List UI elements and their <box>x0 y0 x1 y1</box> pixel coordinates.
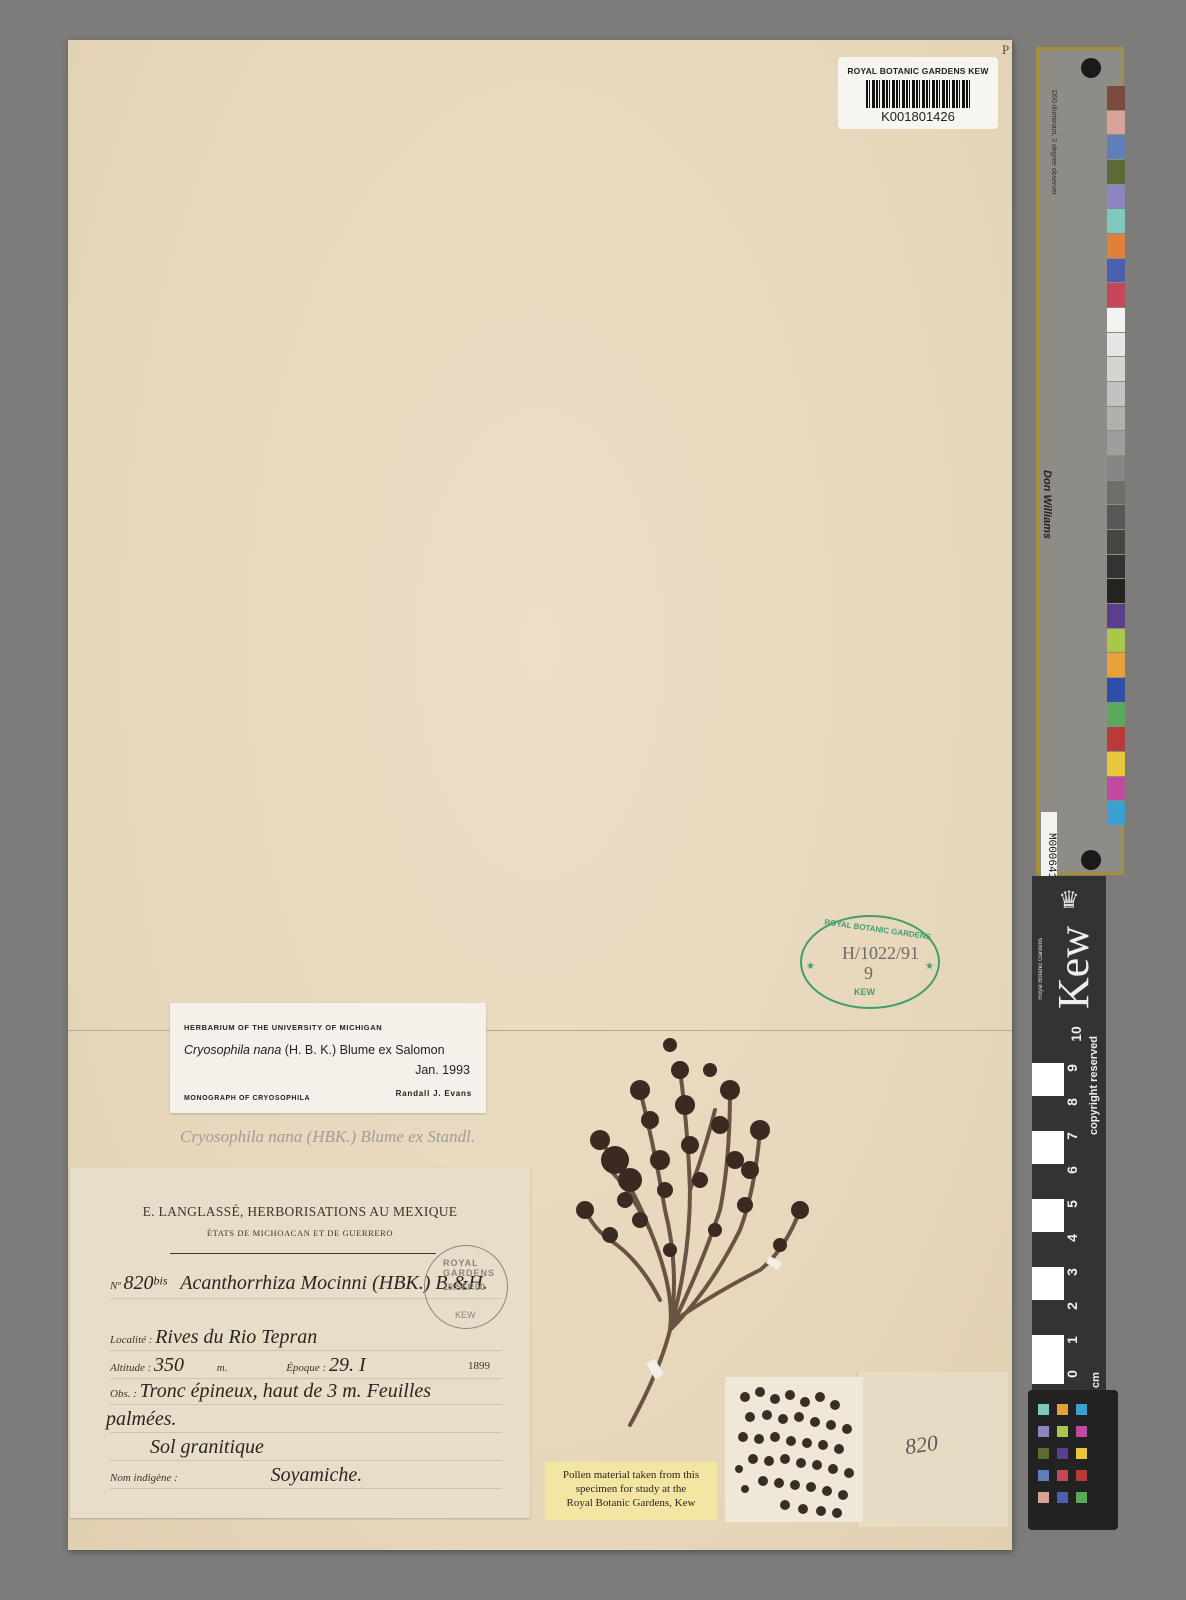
registration-dot-icon <box>1081 850 1101 870</box>
color-swatch <box>1107 481 1125 505</box>
herbarium-name: Herbarium of The University of Michigan <box>184 1023 382 1032</box>
color-swatch <box>1107 86 1125 110</box>
number-prefix: Nº <box>110 1280 121 1292</box>
tick-8: 8 <box>1064 1098 1080 1106</box>
localite-label: Localité : <box>110 1334 152 1346</box>
obs-line-2: palmées. <box>106 1408 177 1431</box>
color-checker-swatch <box>1076 1448 1087 1459</box>
altitude-row: Altitude : 350 m. Époque : 29. I 1899 <box>110 1354 490 1377</box>
color-checker-swatch <box>1057 1470 1068 1481</box>
color-swatch <box>1107 801 1125 825</box>
nom-value: Soyamiche. <box>271 1464 363 1486</box>
corner-mark: P <box>1002 42 1009 58</box>
epoque-value: 29. I <box>329 1354 366 1376</box>
altitude-label: Altitude : <box>110 1362 151 1374</box>
altitude-unit: m. <box>217 1362 228 1374</box>
localite-value: Rives du Rio Tepran <box>155 1326 317 1348</box>
color-swatch <box>1107 111 1125 135</box>
received-stamp-text: ROYAL GARDENS <box>443 1258 507 1278</box>
determination-date: Jan. 1993 <box>415 1063 470 1077</box>
tick-10: 10 <box>1068 1026 1084 1042</box>
pencil-annotation: Cryosophila nana (HBK.) Blume ex Standl. <box>180 1127 475 1147</box>
color-checker-swatch <box>1076 1426 1087 1437</box>
color-checker-swatch <box>1038 1448 1049 1459</box>
tick-6: 6 <box>1064 1166 1080 1174</box>
stamp-accession: H/1022/91 <box>842 943 919 964</box>
color-swatch <box>1107 604 1125 628</box>
tick-4: 4 <box>1064 1234 1080 1242</box>
color-checker-swatch <box>1038 1492 1049 1503</box>
color-checker-swatch <box>1076 1404 1087 1415</box>
plant-specimen <box>570 1030 850 1430</box>
scale-brand: Don Williams <box>1041 470 1053 539</box>
unit-label: cm <box>1090 1372 1102 1388</box>
color-calibration-scale: D50 illuminant, 2 degree observer Don Wi… <box>1036 47 1124 875</box>
registration-dot-icon <box>1081 58 1101 78</box>
color-swatch <box>1107 135 1125 159</box>
barcode-label: ROYAL BOTANIC GARDENS KEW K001801426 <box>838 57 998 129</box>
tick-2: 2 <box>1064 1302 1080 1310</box>
color-swatch <box>1107 678 1125 702</box>
obs-label: Obs. : <box>110 1388 137 1400</box>
number-suffix: bis <box>154 1273 168 1287</box>
species-authority: (H. B. K.) Blume ex Salomon <box>285 1043 445 1057</box>
barcode-institution: ROYAL BOTANIC GARDENS KEW <box>838 66 998 76</box>
pollen-line-1: Pollen material taken from this <box>545 1468 717 1482</box>
rule-line <box>110 1488 502 1489</box>
monograph-title: Monograph of Cryosophila <box>184 1095 310 1102</box>
color-swatch <box>1107 283 1125 307</box>
color-checker-swatch <box>1076 1492 1087 1503</box>
tick-7: 7 <box>1064 1132 1080 1140</box>
epoque-label: Époque : <box>286 1362 326 1374</box>
color-swatch <box>1107 530 1125 554</box>
kew-accession-stamp: ROYAL BOTANIC GARDENS ★ H/1022/91 9 ★ KE… <box>800 915 940 1009</box>
species-name: Cryosophila nana (H. B. K.) Blume ex Sal… <box>184 1043 445 1057</box>
illuminant-note: D50 illuminant, 2 degree observer <box>1045 90 1057 195</box>
royal-crest-icon: ♛ <box>1054 886 1084 916</box>
pollen-line-3: Royal Botanic Gardens, Kew <box>545 1496 717 1510</box>
cm-ruler <box>1032 1028 1064 1384</box>
color-swatch <box>1107 259 1125 283</box>
kew-subbrand: Royal Botanic Gardens <box>1038 938 1044 1000</box>
color-checker-swatch <box>1038 1470 1049 1481</box>
color-checker-swatch <box>1038 1404 1049 1415</box>
color-checker-card <box>1028 1390 1118 1530</box>
obs-line-3: Sol granitique <box>150 1436 264 1459</box>
color-swatch <box>1107 308 1125 332</box>
year-value: 1899 <box>468 1360 490 1372</box>
color-swatch <box>1107 209 1125 233</box>
color-swatch <box>1107 555 1125 579</box>
color-checker-swatch <box>1057 1448 1068 1459</box>
tick-5: 5 <box>1064 1200 1080 1208</box>
tick-3: 3 <box>1064 1268 1080 1276</box>
color-swatch <box>1107 456 1125 480</box>
packet-number: 820 <box>903 1430 939 1460</box>
color-swatch <box>1107 653 1125 677</box>
color-swatch <box>1107 629 1125 653</box>
stamp-number: 9 <box>864 963 873 984</box>
barcode-number: K001801426 <box>838 109 998 124</box>
color-swatch <box>1107 505 1125 529</box>
color-swatch <box>1107 234 1125 258</box>
determiner-name: Randall J. Evans <box>396 1089 472 1098</box>
species-italic: Cryosophila nana <box>184 1043 281 1057</box>
color-checker-swatch <box>1057 1404 1068 1415</box>
kew-logo: Kew <box>1048 926 1099 1009</box>
copyright-text: copyright reserved <box>1088 1036 1100 1135</box>
altitude-value: 350 <box>154 1354 184 1376</box>
stamp-bottom-text: KEW <box>854 987 875 997</box>
pollen-label: Pollen material taken from this specimen… <box>545 1462 717 1520</box>
color-checker-swatch <box>1038 1426 1049 1437</box>
obs-line-1: Tronc épineux, haut de 3 m. Feuilles <box>140 1380 431 1402</box>
localite-row: Localité : Rives du Rio Tepran <box>110 1326 317 1349</box>
color-swatch <box>1107 382 1125 406</box>
rule-line <box>110 1460 502 1461</box>
kew-scale-bar: ♛ Royal Botanic Gardens Kew 10 9 8 7 6 5… <box>1032 876 1106 1391</box>
seed-packet <box>725 1377 863 1522</box>
label-title: E. LANGLASSÉ, HERBORISATIONS AU MEXIQUE <box>70 1204 530 1220</box>
divider <box>170 1253 436 1254</box>
langlasse-collection-label: E. LANGLASSÉ, HERBORISATIONS AU MEXIQUE … <box>70 1168 530 1518</box>
rule-line <box>110 1404 502 1405</box>
tick-0: 0 <box>1064 1370 1080 1378</box>
nom-row: Nom indigène : Soyamiche. <box>110 1464 362 1487</box>
star-icon: ★ <box>806 961 815 972</box>
color-swatch <box>1107 431 1125 455</box>
obs-row: Obs. : Tronc épineux, haut de 3 m. Feuil… <box>110 1380 431 1403</box>
tick-1: 1 <box>1064 1336 1080 1344</box>
pollen-line-2: specimen for study at the <box>545 1482 717 1496</box>
color-swatch <box>1107 333 1125 357</box>
color-swatch <box>1107 357 1125 381</box>
tick-9: 9 <box>1064 1064 1080 1072</box>
collection-number: 820 <box>124 1272 154 1294</box>
color-swatch <box>1107 185 1125 209</box>
color-swatch <box>1107 727 1125 751</box>
barcode-icon <box>866 80 970 108</box>
color-swatch <box>1107 579 1125 603</box>
label-subtitle: ÉTATS DE MICHOACAN ET DE GUERRERO <box>70 1228 530 1238</box>
received-stamp-bottom: KEW <box>455 1310 476 1320</box>
color-checker-swatch <box>1076 1470 1087 1481</box>
received-stamp-date: 15.SEP.00 <box>443 1282 485 1292</box>
color-swatch <box>1107 703 1125 727</box>
color-swatch <box>1107 407 1125 431</box>
received-stamp: ROYAL GARDENS 15.SEP.00 KEW <box>424 1245 508 1329</box>
color-checker-swatch <box>1057 1426 1068 1437</box>
color-swatch <box>1107 777 1125 801</box>
color-swatch <box>1107 752 1125 776</box>
star-icon: ★ <box>925 961 934 972</box>
seeds-image <box>725 1377 863 1522</box>
color-swatch <box>1107 160 1125 184</box>
michigan-determination-label: Herbarium of The University of Michigan … <box>170 1003 486 1113</box>
nom-label: Nom indigène : <box>110 1472 178 1484</box>
rule-line <box>110 1432 502 1433</box>
ruler-numbers: 10 9 8 7 6 5 4 3 2 1 0 <box>1066 1026 1086 1386</box>
rule-line <box>110 1350 502 1351</box>
color-checker-swatch <box>1057 1492 1068 1503</box>
rule-line <box>110 1378 502 1379</box>
